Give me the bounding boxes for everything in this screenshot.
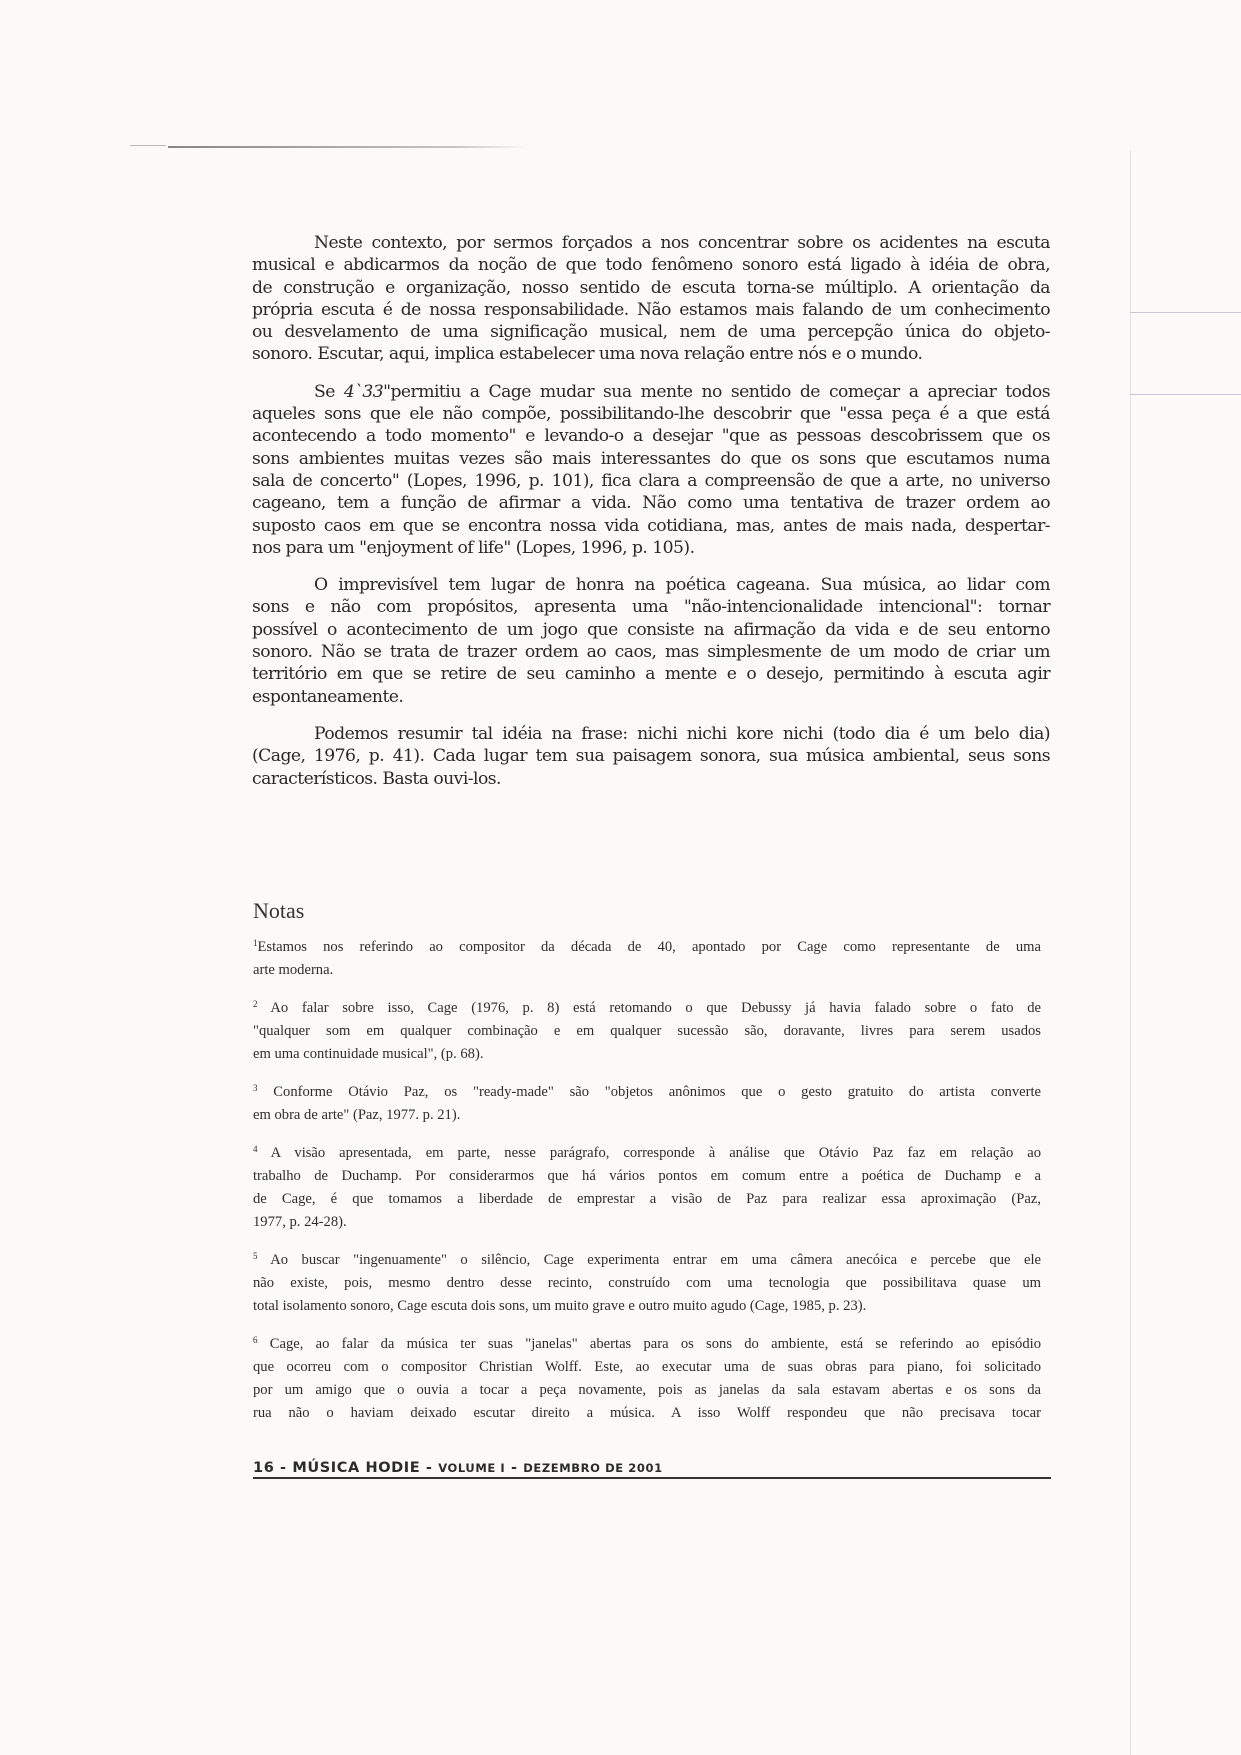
text-line: ou desvelamento de uma significação musi… xyxy=(252,321,1050,343)
issue-date: DEZEMBRO DE 2001 xyxy=(523,1461,662,1475)
text-line: própria escuta é de nossa responsabilida… xyxy=(252,299,1050,321)
text-line: total isolamento sonoro, Cage escuta doi… xyxy=(253,1295,1041,1318)
paragraph-1: Neste contexto, por sermos forçados a no… xyxy=(252,232,1050,366)
text-line: por um amigo que o ouvia a tocar a peça … xyxy=(253,1379,1041,1402)
text-line: característicos. Basta ouvi-los. xyxy=(252,768,1050,790)
page-footer: 16 - MÚSICA HODIE - VOLUME I - DEZEMBRO … xyxy=(253,1460,1051,1479)
text-fragment: Estamos nos referindo ao compositor da d… xyxy=(258,939,1042,955)
notes-heading: Notas xyxy=(253,898,304,924)
text-line: 1Estamos nos referindo ao compositor da … xyxy=(253,936,1041,959)
text-line: Neste contexto, por sermos forçados a no… xyxy=(252,232,1050,254)
text-fragment: Se xyxy=(314,382,344,402)
text-line: 2 Ao falar sobre isso, Cage (1976, p. 8)… xyxy=(253,997,1041,1020)
text-line: sons e não com propósitos, apresenta uma… xyxy=(252,596,1050,618)
text-fragment: Ao falar sobre isso, Cage (1976, p. 8) e… xyxy=(258,1000,1042,1016)
footnote-5: 5 Ao buscar "ingenuamente" o silêncio, C… xyxy=(253,1249,1041,1318)
scan-page-edge xyxy=(1130,150,1131,1755)
text-line: musical e abdicarmos da noção de que tod… xyxy=(252,254,1050,276)
scan-artifact-line xyxy=(130,145,166,146)
work-title-4-33: 4`33" xyxy=(344,382,391,402)
text-line: que ocorreu com o compositor Christian W… xyxy=(253,1356,1041,1379)
text-line: em uma continuidade musical", (p. 68). xyxy=(253,1043,1041,1066)
page-number: 16 xyxy=(253,1460,274,1476)
text-line: "qualquer som em qualquer combinação e e… xyxy=(253,1020,1041,1043)
footnote-3: 3 Conforme Otávio Paz, os "ready-made" s… xyxy=(253,1081,1041,1127)
text-line: 3 Conforme Otávio Paz, os "ready-made" s… xyxy=(253,1081,1041,1104)
text-line: sonoro. Não se trata de trazer ordem ao … xyxy=(252,641,1050,663)
text-line: suposto caos em que se encontra nossa vi… xyxy=(252,515,1050,537)
text-line: rua não o haviam deixado escutar direito… xyxy=(253,1402,1041,1425)
journal-title: MÚSICA HODIE xyxy=(292,1460,420,1476)
body-text: Neste contexto, por sermos forçados a no… xyxy=(252,232,1050,805)
text-fragment: permitiu a Cage mudar sua mente no senti… xyxy=(390,382,1050,402)
text-line: de construção e organização, nosso senti… xyxy=(252,277,1050,299)
footer-separator: - xyxy=(274,1460,292,1476)
footer-separator: - xyxy=(505,1460,523,1476)
footnote-6: 6 Cage, ao falar da música ter suas "jan… xyxy=(253,1333,1041,1425)
text-fragment: A visão apresentada, em parte, nesse par… xyxy=(258,1145,1042,1161)
text-line: território em que se retire de seu camin… xyxy=(252,663,1050,685)
text-line: arte moderna. xyxy=(253,959,1041,982)
text-line: em obra de arte" (Paz, 1977. p. 21). xyxy=(253,1104,1041,1127)
scan-artifact-top-rule xyxy=(168,146,528,148)
scan-artifact-line xyxy=(1130,394,1241,395)
footer-separator: - xyxy=(420,1460,438,1476)
text-line: sons ambientes muitas vezes são mais int… xyxy=(252,448,1050,470)
text-line: aqueles sons que ele não compõe, possibi… xyxy=(252,403,1050,425)
paragraph-2: Se 4`33"permitiu a Cage mudar sua mente … xyxy=(252,381,1050,559)
footnotes: 1Estamos nos referindo ao compositor da … xyxy=(253,936,1041,1440)
scan-artifact-line xyxy=(1130,312,1241,313)
paragraph-4: Podemos resumir tal idéia na frase: nich… xyxy=(252,723,1050,790)
footnote-4: 4 A visão apresentada, em parte, nesse p… xyxy=(253,1142,1041,1234)
text-line: 1977, p. 24-28). xyxy=(253,1211,1041,1234)
text-line: trabalho de Duchamp. Por considerarmos q… xyxy=(253,1165,1041,1188)
text-line: de Cage, é que tomamos a liberdade de em… xyxy=(253,1188,1041,1211)
text-line: não existe, pois, mesmo dentro desse rec… xyxy=(253,1272,1041,1295)
text-line: acontecendo a todo momento" e levando-o … xyxy=(252,425,1050,447)
text-line: possível o acontecimento de um jogo que … xyxy=(252,619,1050,641)
text-line: nos para um "enjoyment of life" (Lopes, … xyxy=(252,537,1050,559)
text-line: Se 4`33"permitiu a Cage mudar sua mente … xyxy=(252,381,1050,403)
paragraph-3: O imprevisível tem lugar de honra na poé… xyxy=(252,574,1050,708)
text-line: 6 Cage, ao falar da música ter suas "jan… xyxy=(253,1333,1041,1356)
text-line: 4 A visão apresentada, em parte, nesse p… xyxy=(253,1142,1041,1165)
text-line: O imprevisível tem lugar de honra na poé… xyxy=(252,574,1050,596)
footnote-1: 1Estamos nos referindo ao compositor da … xyxy=(253,936,1041,982)
text-line: espontaneamente. xyxy=(252,686,1050,708)
text-line: sala de concerto" (Lopes, 1996, p. 101),… xyxy=(252,470,1050,492)
text-line: (Cage, 1976, p. 41). Cada lugar tem sua … xyxy=(252,745,1050,767)
text-fragment: Ao buscar "ingenuamente" o silêncio, Cag… xyxy=(258,1252,1042,1268)
footnote-2: 2 Ao falar sobre isso, Cage (1976, p. 8)… xyxy=(253,997,1041,1066)
text-fragment: Conforme Otávio Paz, os "ready-made" são… xyxy=(258,1084,1042,1100)
volume-label: VOLUME I xyxy=(438,1461,505,1475)
text-line: cageano, tem a função de afirmar a vida.… xyxy=(252,492,1050,514)
text-line: 5 Ao buscar "ingenuamente" o silêncio, C… xyxy=(253,1249,1041,1272)
text-line: sonoro. Escutar, aqui, implica estabelec… xyxy=(252,343,1050,365)
text-line: Podemos resumir tal idéia na frase: nich… xyxy=(252,723,1050,745)
text-fragment: Cage, ao falar da música ter suas "janel… xyxy=(258,1336,1042,1352)
